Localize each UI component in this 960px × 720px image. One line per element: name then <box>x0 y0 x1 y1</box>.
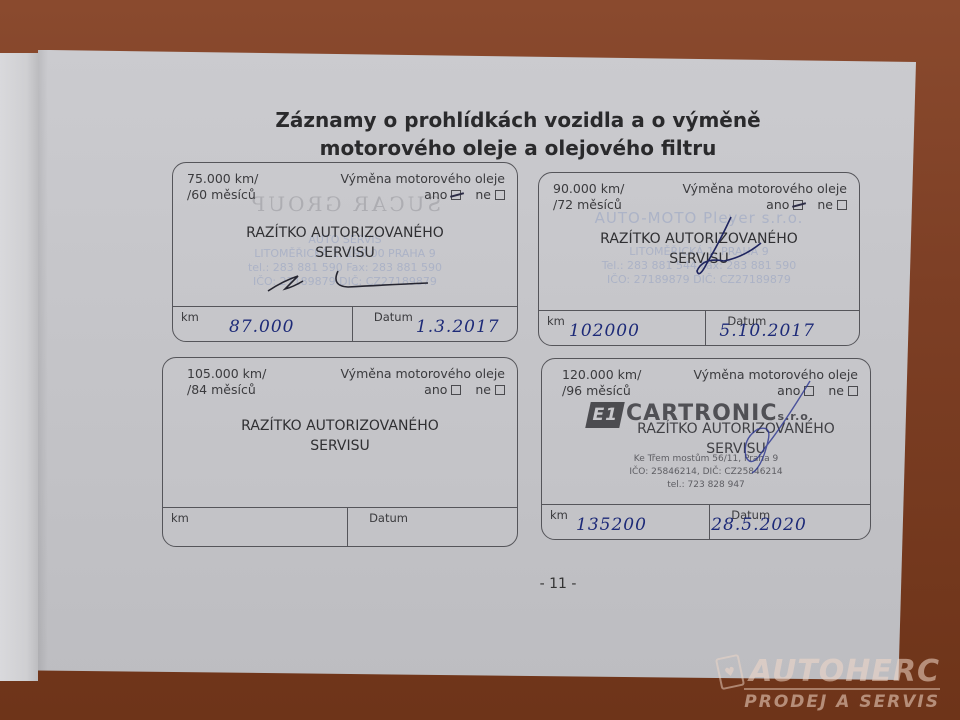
watermark-brand: AUTOHERC <box>744 656 940 688</box>
service-record-3: 105.000 km/ /84 měsíců Výměna motorového… <box>162 357 518 547</box>
km-value: 87.000 <box>229 317 294 337</box>
oil-change-field: Výměna motorového oleje ano ne <box>682 181 847 213</box>
km-field[interactable]: km 135200 <box>542 505 710 539</box>
km-field[interactable]: km 102000 <box>539 311 706 345</box>
record-footer: km 102000 Datum 5.10.2017 <box>539 310 859 345</box>
no-checkbox[interactable] <box>495 385 505 395</box>
stamp-line: tel.: 283 881 590 Fax: 283 881 590 <box>173 261 517 275</box>
oil-change-label: Výměna motorového oleje <box>682 181 847 197</box>
date-label: Datum <box>374 310 413 324</box>
stamp-label-line2: SERVISU <box>539 249 859 269</box>
yes-checkbox[interactable] <box>793 200 803 210</box>
page-number: - 11 - <box>508 576 608 592</box>
service-interval: 90.000 km/ /72 měsíců <box>553 181 624 213</box>
km-field[interactable]: km 87.000 <box>173 307 353 341</box>
stamp-line: tel.: 723 828 947 <box>542 479 870 492</box>
no-label: ne <box>475 382 491 397</box>
interval-km: 75.000 km/ <box>187 171 258 187</box>
stamp-label-line2: SERVISU <box>163 436 517 456</box>
stamp-label-line2: SERVISU <box>602 439 870 459</box>
no-checkbox[interactable] <box>837 200 847 210</box>
stamp-placeholder: RAZÍTKO AUTORIZOVANÉHO SERVISU <box>539 229 859 269</box>
km-value: 135200 <box>576 515 647 535</box>
km-value: 102000 <box>569 321 640 341</box>
km-label: km <box>550 508 568 522</box>
interval-months: /72 měsíců <box>553 197 624 213</box>
date-field[interactable]: Datum <box>347 508 517 546</box>
no-label: ne <box>817 197 833 212</box>
service-record-2: AUTO-MOTO Pleyer s.r.o. LITOMĚŘICKÁ 1, P… <box>538 172 860 346</box>
date-value: 1.3.2017 <box>416 317 500 337</box>
service-record-4: E1CARTRONICs.r.o. Ke Třem mostům 56/11, … <box>541 358 871 540</box>
yes-checkbox[interactable] <box>451 190 461 200</box>
oil-change-field: Výměna motorového oleje ano ne <box>693 367 858 399</box>
record-footer: km Datum <box>163 507 517 546</box>
km-label: km <box>547 314 565 328</box>
record-footer: km 135200 Datum 28.5.2020 <box>542 504 870 539</box>
page-title-line2: motorového oleje a olejového filtru <box>238 134 798 162</box>
interval-months: /96 měsíců <box>562 383 641 399</box>
interval-km: 105.000 km/ <box>187 366 266 382</box>
stamp-company: AUTO-MOTO Pleyer s.r.o. <box>539 211 859 225</box>
stamp-label-line1: RAZÍTKO AUTORIZOVANÉHO <box>163 416 517 436</box>
stamp-label-line1: RAZÍTKO AUTORIZOVANÉHO <box>539 229 859 249</box>
record-footer: km 87.000 Datum 1.3.2017 <box>173 306 517 341</box>
yes-label: ano <box>424 187 447 202</box>
oil-change-label: Výměna motorového oleje <box>340 366 505 382</box>
stamp-label-line1: RAZÍTKO AUTORIZOVANÉHO <box>173 223 517 243</box>
interval-km: 90.000 km/ <box>553 181 624 197</box>
oil-change-label: Výměna motorového oleje <box>693 367 858 383</box>
service-interval: 105.000 km/ /84 měsíců <box>187 366 266 398</box>
stamp-line: IČO: 27189879 DIČ: CZ27189879 <box>173 275 517 289</box>
date-field[interactable]: Datum 5.10.2017 <box>705 311 859 345</box>
service-interval: 120.000 km/ /96 měsíců <box>562 367 641 399</box>
km-field[interactable]: km <box>163 508 348 546</box>
dealer-watermark: ♥ AUTOHERC PRODEJ A SERVIS <box>744 656 940 712</box>
no-checkbox[interactable] <box>848 386 858 396</box>
stamp-line: IČO: 25846214, DIČ: CZ25846214 <box>542 466 870 479</box>
date-field[interactable]: Datum 28.5.2020 <box>709 505 870 539</box>
interval-months: /60 měsíců <box>187 187 258 203</box>
oil-change-field: Výměna motorového oleje ano ne <box>340 366 505 398</box>
page-title: Záznamy o prohlídkách vozidla a o výměně… <box>238 106 798 162</box>
date-label: Datum <box>369 511 408 525</box>
page-title-line1: Záznamy o prohlídkách vozidla a o výměně <box>238 106 798 134</box>
yes-label: ano <box>777 383 800 398</box>
left-page-edge <box>0 53 38 681</box>
yes-label: ano <box>766 197 789 212</box>
no-label: ne <box>475 187 491 202</box>
yes-checkbox[interactable] <box>804 386 814 396</box>
stamp-label-line1: RAZÍTKO AUTORIZOVANÉHO <box>602 419 870 439</box>
stamp-placeholder: RAZÍTKO AUTORIZOVANÉHO SERVISU <box>173 223 517 263</box>
stamp-placeholder: RAZÍTKO AUTORIZOVANÉHO SERVISU <box>602 419 870 459</box>
oil-change-field: Výměna motorového oleje ano ne <box>340 171 505 203</box>
service-interval: 75.000 km/ /60 měsíců <box>187 171 258 203</box>
km-label: km <box>181 310 199 324</box>
date-value: 5.10.2017 <box>719 321 815 341</box>
stamp-placeholder: RAZÍTKO AUTORIZOVANÉHO SERVISU <box>163 416 517 456</box>
km-label: km <box>171 511 189 525</box>
yes-checkbox[interactable] <box>451 385 461 395</box>
stamp-label-line2: SERVISU <box>173 243 517 263</box>
date-field[interactable]: Datum 1.3.2017 <box>352 307 517 341</box>
stamp-line: IČO: 27189879 DIČ: CZ27189879 <box>539 273 859 287</box>
no-checkbox[interactable] <box>495 190 505 200</box>
oil-change-label: Výměna motorového oleje <box>340 171 505 187</box>
watermark-tagline: PRODEJ A SERVIS <box>744 688 940 712</box>
no-label: ne <box>828 383 844 398</box>
interval-km: 120.000 km/ <box>562 367 641 383</box>
booklet-page: Záznamy o prohlídkách vozidla a o výměně… <box>38 50 916 680</box>
service-record-1: SUCAR GROUP AUTO SERVIS LITOMĚŘICKÁ 1, 1… <box>172 162 518 342</box>
interval-months: /84 měsíců <box>187 382 266 398</box>
yes-label: ano <box>424 382 447 397</box>
date-value: 28.5.2020 <box>711 515 807 535</box>
